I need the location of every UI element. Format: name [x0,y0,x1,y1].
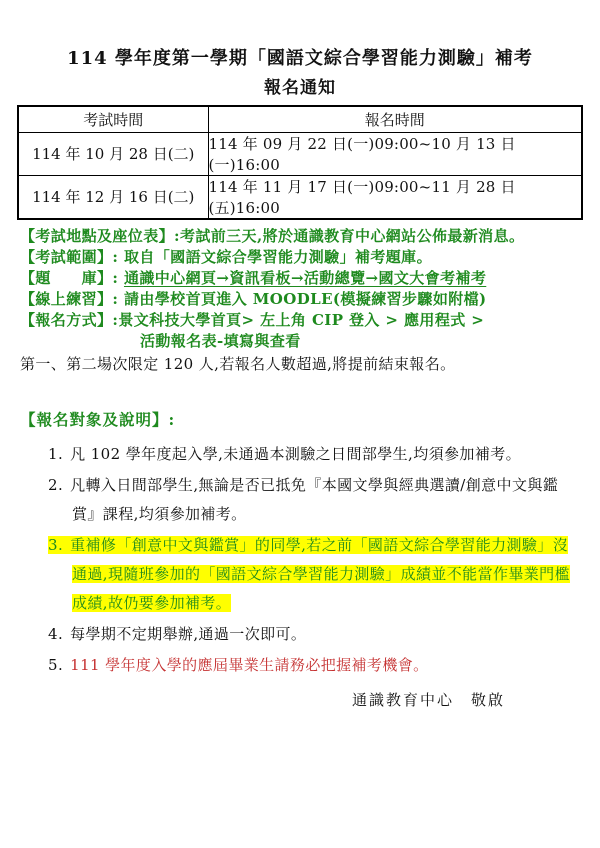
item-number: 2. [48,476,70,494]
info-separator: : [112,269,124,287]
exam-schedule-table: 考試時間 報名時間 114 年 10 月 28 日(二) 114 年 09 月 … [17,105,583,220]
table-header-registration-time: 報名時間 [208,106,582,132]
item-text-red: 111 學年度入學的應屆畢業生請務必把握補考機會。 [70,656,428,674]
info-value: 請由學校首頁進入 MOODLE(模擬練習步驟如附檔) [124,290,487,308]
info-line-online-practice: 【線上練習】: 請由學校首頁進入 MOODLE(模擬練習步驟如附檔) [20,289,600,310]
table-header-row: 考試時間 報名時間 [18,106,582,132]
list-item-1: 1.凡 102 學年度起入學,未通過本測驗之日間部學生,均須參加補考。 [48,440,580,469]
list-item-4: 4.每學期不定期舉辦,通過一次即可。 [48,620,580,649]
info-label: 【題 庫】 [20,269,112,287]
item-text: 凡 102 學年度起入學,未通過本測驗之日間部學生,均須參加補考。 [70,445,521,463]
exam-date-cell: 114 年 10 月 28 日(二) [18,132,208,175]
eligibility-numbered-list: 1.凡 102 學年度起入學,未通過本測驗之日間部學生,均須參加補考。 2.凡轉… [48,440,580,680]
info-label: 【線上練習】 [20,290,112,308]
exam-info-block: 【考試地點及座位表】:考試前三天,將於通識教育中心網站公佈最新消息。 【考試範圍… [20,226,600,352]
item-text: 凡轉入日間部學生,無論是否已抵免『本國文學與經典選讀/創意中文與鑑賞』課程,均須… [70,476,558,523]
section-heading-eligibility: 【報名對象及說明】: [20,408,600,430]
item-number: 4. [48,625,70,643]
info-value: 取自「國語文綜合學習能力測驗」補考題庫。 [124,248,432,266]
list-item-3-highlighted: 3.重補修「創意中文與鑑賞」的同學,若之前「國語文綜合學習能力測驗」沒通過,現隨… [48,531,580,618]
capacity-note: 第一、第二場次限定 120 人,若報名人數超過,將提前結束報名。 [20,353,600,374]
info-label: 【考試範圍】 [20,248,112,266]
signoff-general-education-center: 通識教育中心 敬啟 [0,689,600,710]
page-subtitle: 報名通知 [0,73,600,98]
list-item-2: 2.凡轉入日間部學生,無論是否已抵免『本國文學與經典選讀/創意中文與鑑賞』課程,… [48,471,580,529]
registration-period-cell: 114 年 09 月 22 日(一)09:00~10 月 13 日(一)16:0… [208,132,582,175]
info-line-exam-scope: 【考試範圍】: 取自「國語文綜合學習能力測驗」補考題庫。 [20,247,600,268]
info-value: 景文科技大學首頁> 左上角 CIP 登入 > 應用程式 > [118,311,484,329]
info-separator: : [112,248,124,266]
info-label: 【考試地點及座位表】 [20,227,174,245]
page-title: 114 學年度第一學期「國語文綜合學習能力測驗」補考 [10,44,590,70]
info-value: 考試前三天,將於通識教育中心網站公佈最新消息。 [180,227,524,245]
info-line-exam-location: 【考試地點及座位表】:考試前三天,將於通識教育中心網站公佈最新消息。 [20,226,600,247]
table-row: 114 年 10 月 28 日(二) 114 年 09 月 22 日(一)09:… [18,132,582,175]
exam-date-cell: 114 年 12 月 16 日(二) [18,175,208,219]
info-separator: : [112,290,124,308]
question-bank-path-link: 通識中心網頁→資訊看板→活動總覽→國文大會考補考 [124,269,486,287]
info-label: 【報名方式】 [20,311,112,329]
scanned-notice-page: 114 學年度第一學期「國語文綜合學習能力測驗」補考 報名通知 考試時間 報名時… [0,0,600,848]
item-number: 1. [48,445,70,463]
item-text-highlighted: 重補修「創意中文與鑑賞」的同學,若之前「國語文綜合學習能力測驗」沒通過,現隨班參… [70,536,570,612]
info-line-question-bank: 【題 庫】: 通識中心網頁→資訊看板→活動總覽→國文大會考補考 [20,268,600,289]
table-header-exam-time: 考試時間 [18,106,208,132]
list-item-5-red: 5.111 學年度入學的應屆畢業生請務必把握補考機會。 [48,651,580,680]
item-number: 3. [48,536,70,554]
item-text: 每學期不定期舉辦,通過一次即可。 [70,625,306,643]
registration-method-continuation: 活動報名表-填寫與查看 [140,331,600,352]
table-row: 114 年 12 月 16 日(二) 114 年 11 月 17 日(一)09:… [18,175,582,219]
item-number: 5. [48,656,70,674]
info-line-registration-method: 【報名方式】:景文科技大學首頁> 左上角 CIP 登入 > 應用程式 > [20,310,600,331]
registration-period-cell: 114 年 11 月 17 日(一)09:00~11 月 28 日(五)16:0… [208,175,582,219]
